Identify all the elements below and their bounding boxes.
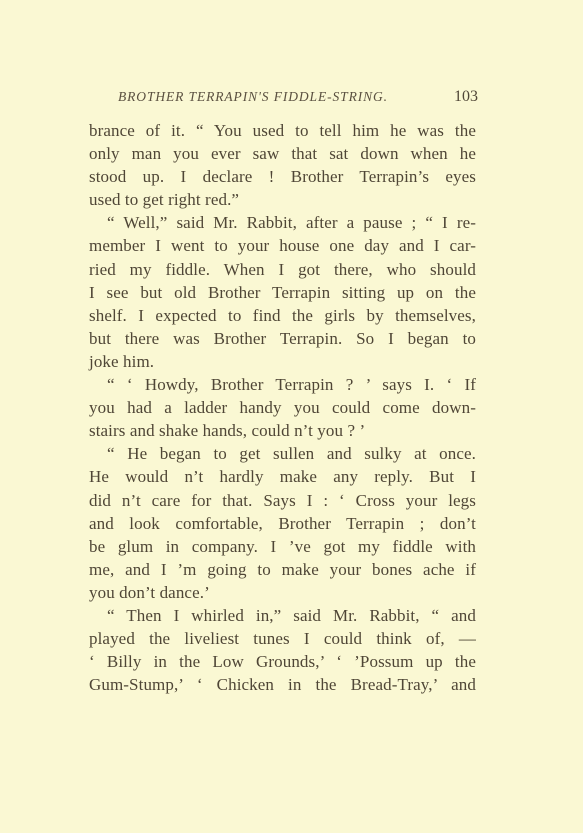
text-line: did n’t care for that. Says I : ‘ Cross …	[89, 489, 476, 512]
text-line: stood up. I declare ! Brother Terrapin’s…	[89, 165, 476, 188]
text-line: me, and I ’m going to make your bones ac…	[89, 558, 476, 581]
text-line: He would n’t hardly make any reply. But …	[89, 465, 476, 488]
body-text: brance of it. “ You used to tell him he …	[89, 119, 476, 696]
text-line: “ ‘ Howdy, Brother Terrapin ? ’ says I. …	[89, 373, 476, 396]
text-line: played the liveliest tunes I could think…	[89, 627, 476, 650]
running-title: BROTHER TERRAPIN'S FIDDLE-STRING.	[118, 89, 388, 105]
text-line: shelf. I expected to find the girls by t…	[89, 304, 476, 327]
text-line: member I went to your house one day and …	[89, 234, 476, 257]
text-line: you don’t dance.’	[89, 581, 476, 604]
text-line: “ Well,” said Mr. Rabbit, after a pause …	[89, 211, 476, 234]
text-line: ried my fiddle. When I got there, who sh…	[89, 258, 476, 281]
text-line: I see but old Brother Terrapin sitting u…	[89, 281, 476, 304]
text-line: “ Then I whirled in,” said Mr. Rabbit, “…	[89, 604, 476, 627]
text-line: stairs and shake hands, could n’t you ? …	[89, 419, 476, 442]
text-line: only man you ever saw that sat down when…	[89, 142, 476, 165]
text-line: but there was Brother Terrapin. So I beg…	[89, 327, 476, 350]
text-line: be glum in company. I ’ve got my fiddle …	[89, 535, 476, 558]
text-line: used to get right red.”	[89, 188, 476, 211]
book-page: BROTHER TERRAPIN'S FIDDLE-STRING. 103 br…	[0, 0, 583, 833]
text-line: Gum-Stump,’ ‘ Chicken in the Bread-Tray,…	[89, 673, 476, 696]
text-line: “ He began to get sullen and sulky at on…	[89, 442, 476, 465]
text-line: brance of it. “ You used to tell him he …	[89, 119, 476, 142]
running-header: BROTHER TERRAPIN'S FIDDLE-STRING. 103	[118, 88, 478, 108]
page-number: 103	[454, 88, 478, 106]
text-line: joke him.	[89, 350, 476, 373]
text-line: you had a ladder handy you could come do…	[89, 396, 476, 419]
text-line: and look comfortable, Brother Terrapin ;…	[89, 512, 476, 535]
text-line: ‘ Billy in the Low Grounds,’ ‘ ’Possum u…	[89, 650, 476, 673]
